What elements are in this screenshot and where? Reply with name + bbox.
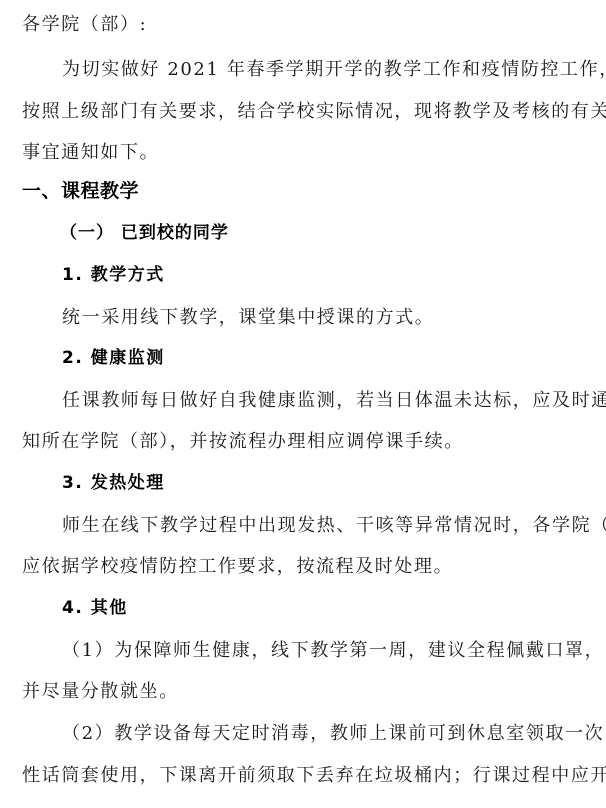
item-3-line-2: 应依据学校疫情防控工作要求，按流程及时处理。 [22, 556, 453, 578]
intro-line-1: 为切实做好 2021 年春季学期开学的教学工作和疫情防控工作， [62, 59, 576, 81]
item-1-line-1: 统一采用线下教学，课堂集中授课的方式。 [62, 307, 434, 329]
item-2-line-2: 知所在学院（部），并按流程办理相应调停课手续。 [22, 431, 464, 453]
intro-line-3: 事宜通知如下。 [22, 142, 159, 164]
subsection-heading: （一） 已到校的同学 [60, 222, 229, 244]
salutation: 各学院（部）: [22, 14, 147, 36]
item-heading-1: 1. 教学方式 [62, 264, 165, 286]
item-3-line-1: 师生在线下教学过程中出现发热、干咳等异常情况时，各学院（部） [62, 515, 586, 537]
item-2-line-1: 任课教师每日做好自我健康监测，若当日体温未达标，应及时通 [62, 390, 576, 412]
intro-line-2: 按照上级部门有关要求，结合学校实际情况，现将教学及考核的有关 [22, 101, 576, 123]
item-4-para-2-line-2: 性话筒套使用，下课离开前须取下丢弃在垃圾桶内；行课过程中应开 [22, 765, 576, 787]
item-4-para-1-line-1: （1）为保障师生健康，线下教学第一周，建议全程佩戴口罩， [62, 640, 572, 662]
section-heading: 一、课程教学 [22, 180, 139, 202]
item-heading-2: 2. 健康监测 [62, 347, 165, 369]
item-heading-3: 3. 发热处理 [62, 472, 165, 494]
item-4-para-1-line-2: 并尽量分散就坐。 [22, 681, 179, 703]
item-heading-4: 4. 其他 [62, 597, 128, 619]
item-4-para-2-line-1: （2）教学设备每天定时消毒，教师上课前可到休息室领取一次 [62, 723, 576, 745]
